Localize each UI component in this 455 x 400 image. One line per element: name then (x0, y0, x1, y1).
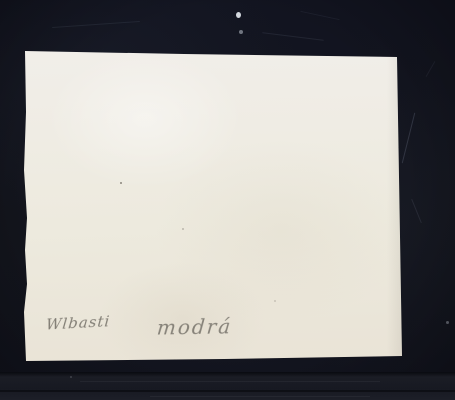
expert-signature: Wlbasti (45, 312, 111, 333)
paper-fleck (274, 300, 276, 302)
band-streak (80, 381, 380, 382)
seam-line (0, 390, 455, 392)
dust-speck (70, 376, 72, 378)
dust-speck (236, 12, 241, 18)
photo: Wlbasti modrá (0, 0, 455, 400)
color-annotation: modrá (156, 314, 233, 339)
band-streak (150, 396, 370, 397)
stamp-paper: Wlbasti modrá (24, 50, 402, 362)
dust-speck (239, 30, 243, 34)
dust-speck (446, 321, 449, 324)
paper-fleck (120, 182, 122, 184)
paper-fleck (182, 228, 184, 230)
